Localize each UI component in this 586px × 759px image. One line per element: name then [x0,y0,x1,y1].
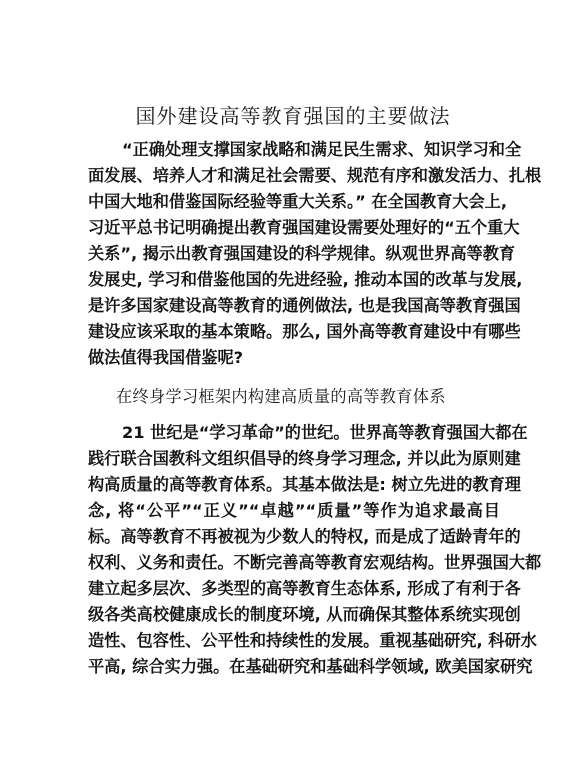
paragraph-line: 标。高等教育不再被视为少数人的特权, 而是成了适龄青年的 [88,524,500,550]
paragraph-line: 面发展、培养人才和满足社会需要、规范有序和激发活力、扎根 [88,163,500,189]
document-page: 国外建设高等教育强国的主要做法 “正确处理支撑国家战略和满足民生需求、知识学习和… [0,0,586,759]
paragraph-line: 级各类高校健康成长的制度环境, 从而确保其整体系统实现创 [88,602,500,628]
paragraph-line: 关系”, 揭示出教育强国建设的科学规律。纵观世界高等教育 [88,241,500,267]
paragraph-line: 平高, 综合实力强。在基础研究和基础科学领域, 欧美国家研究 [88,654,500,680]
paragraph-line: 念, 将“公平”“正义”“卓越”“质量”等作为追求最高目 [88,498,500,524]
paragraph-line: 发展史, 学习和借鉴他国的先进经验, 推动本国的改革与发展, [88,267,500,293]
paragraph-line: 造性、包容性、公平性和持续性的发展。重视基础研究, 科研水 [88,628,500,654]
paragraph-line: 是许多国家建设高等教育的通例做法, 也是我国高等教育强国 [88,293,500,319]
paragraph-line: 建设应该采取的基本策略。那么, 国外高等教育建设中有哪些 [88,319,500,345]
section-heading: 在终身学习框架内构建高质量的高等教育体系 [116,384,446,410]
paragraph-line: 践行联合国教科文组织倡导的终身学习理念, 并以此为原则建 [88,446,500,472]
document-title: 国外建设高等教育强国的主要做法 [0,103,586,129]
paragraph-line: 构高质量的高等教育体系。其基本做法是: 树立先进的教育理 [88,472,500,498]
paragraph-line: 中国大地和借鉴国际经验等重大关系。” 在全国教育大会上, [88,189,500,215]
paragraph-line: “正确处理支撑国家战略和满足民生需求、知识学习和全 [122,137,500,163]
paragraph-line: 习近平总书记明确提出教育强国建设需要处理好的“五个重大 [88,215,500,241]
paragraph-line: 权利、义务和责任。不断完善高等教育宏观结构。世界强国大都 [88,550,500,576]
paragraph-line: 建立起多层次、多类型的高等教育生态体系, 形成了有利于各 [88,576,500,602]
paragraph-line: 21 世纪是“学习革命”的世纪。世界高等教育强国大都在 [122,420,500,446]
paragraph-line: 做法值得我国借鉴呢? [88,345,500,371]
